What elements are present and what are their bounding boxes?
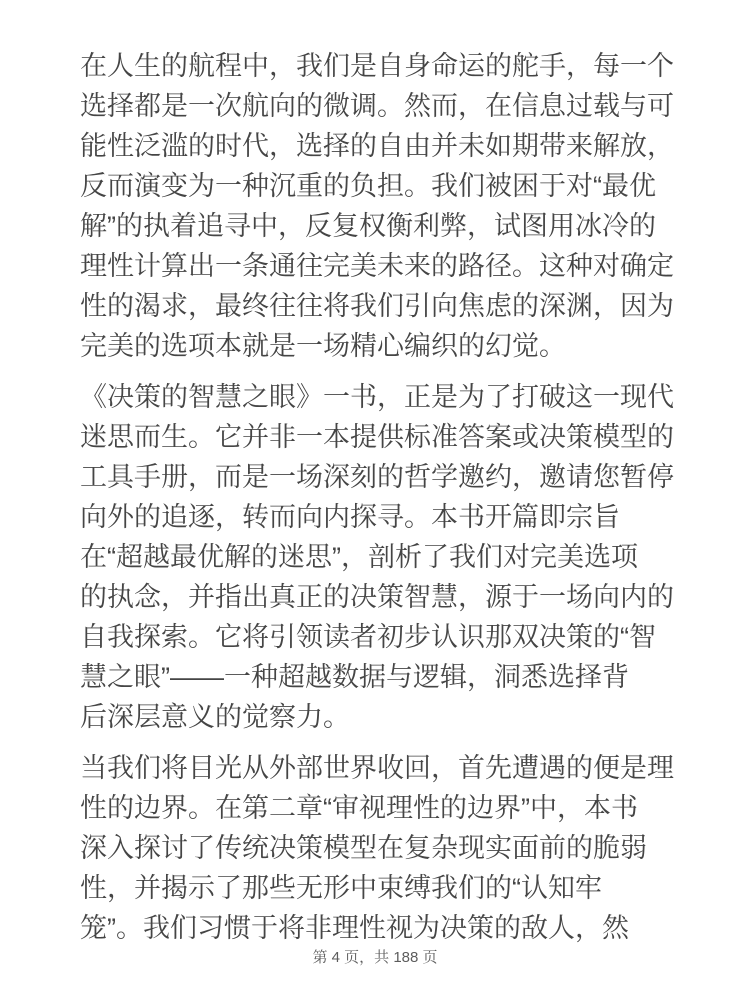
paragraph: 《决策的智慧之眼》一书，正是为了打破这一现代 迷思而生。它并非一本提供标准答案或…	[80, 377, 740, 737]
document-body: 在人生的航程中，我们是自身命运的舵手，每一个 选择都是一次航向的微调。然而，在信…	[80, 46, 740, 959]
page-footer: 第 4 页，共 188 页	[0, 948, 750, 968]
paragraph: 在人生的航程中，我们是自身命运的舵手，每一个 选择都是一次航向的微调。然而，在信…	[80, 46, 740, 366]
page-number-text: 第 4 页，共 188 页	[312, 949, 437, 966]
document-page: 在人生的航程中，我们是自身命运的舵手，每一个 选择都是一次航向的微调。然而，在信…	[0, 0, 750, 1000]
paragraph: 当我们将目光从外部世界收回，首先遭遇的便是理 性的边界。在第二章“审视理性的边界…	[80, 748, 740, 948]
